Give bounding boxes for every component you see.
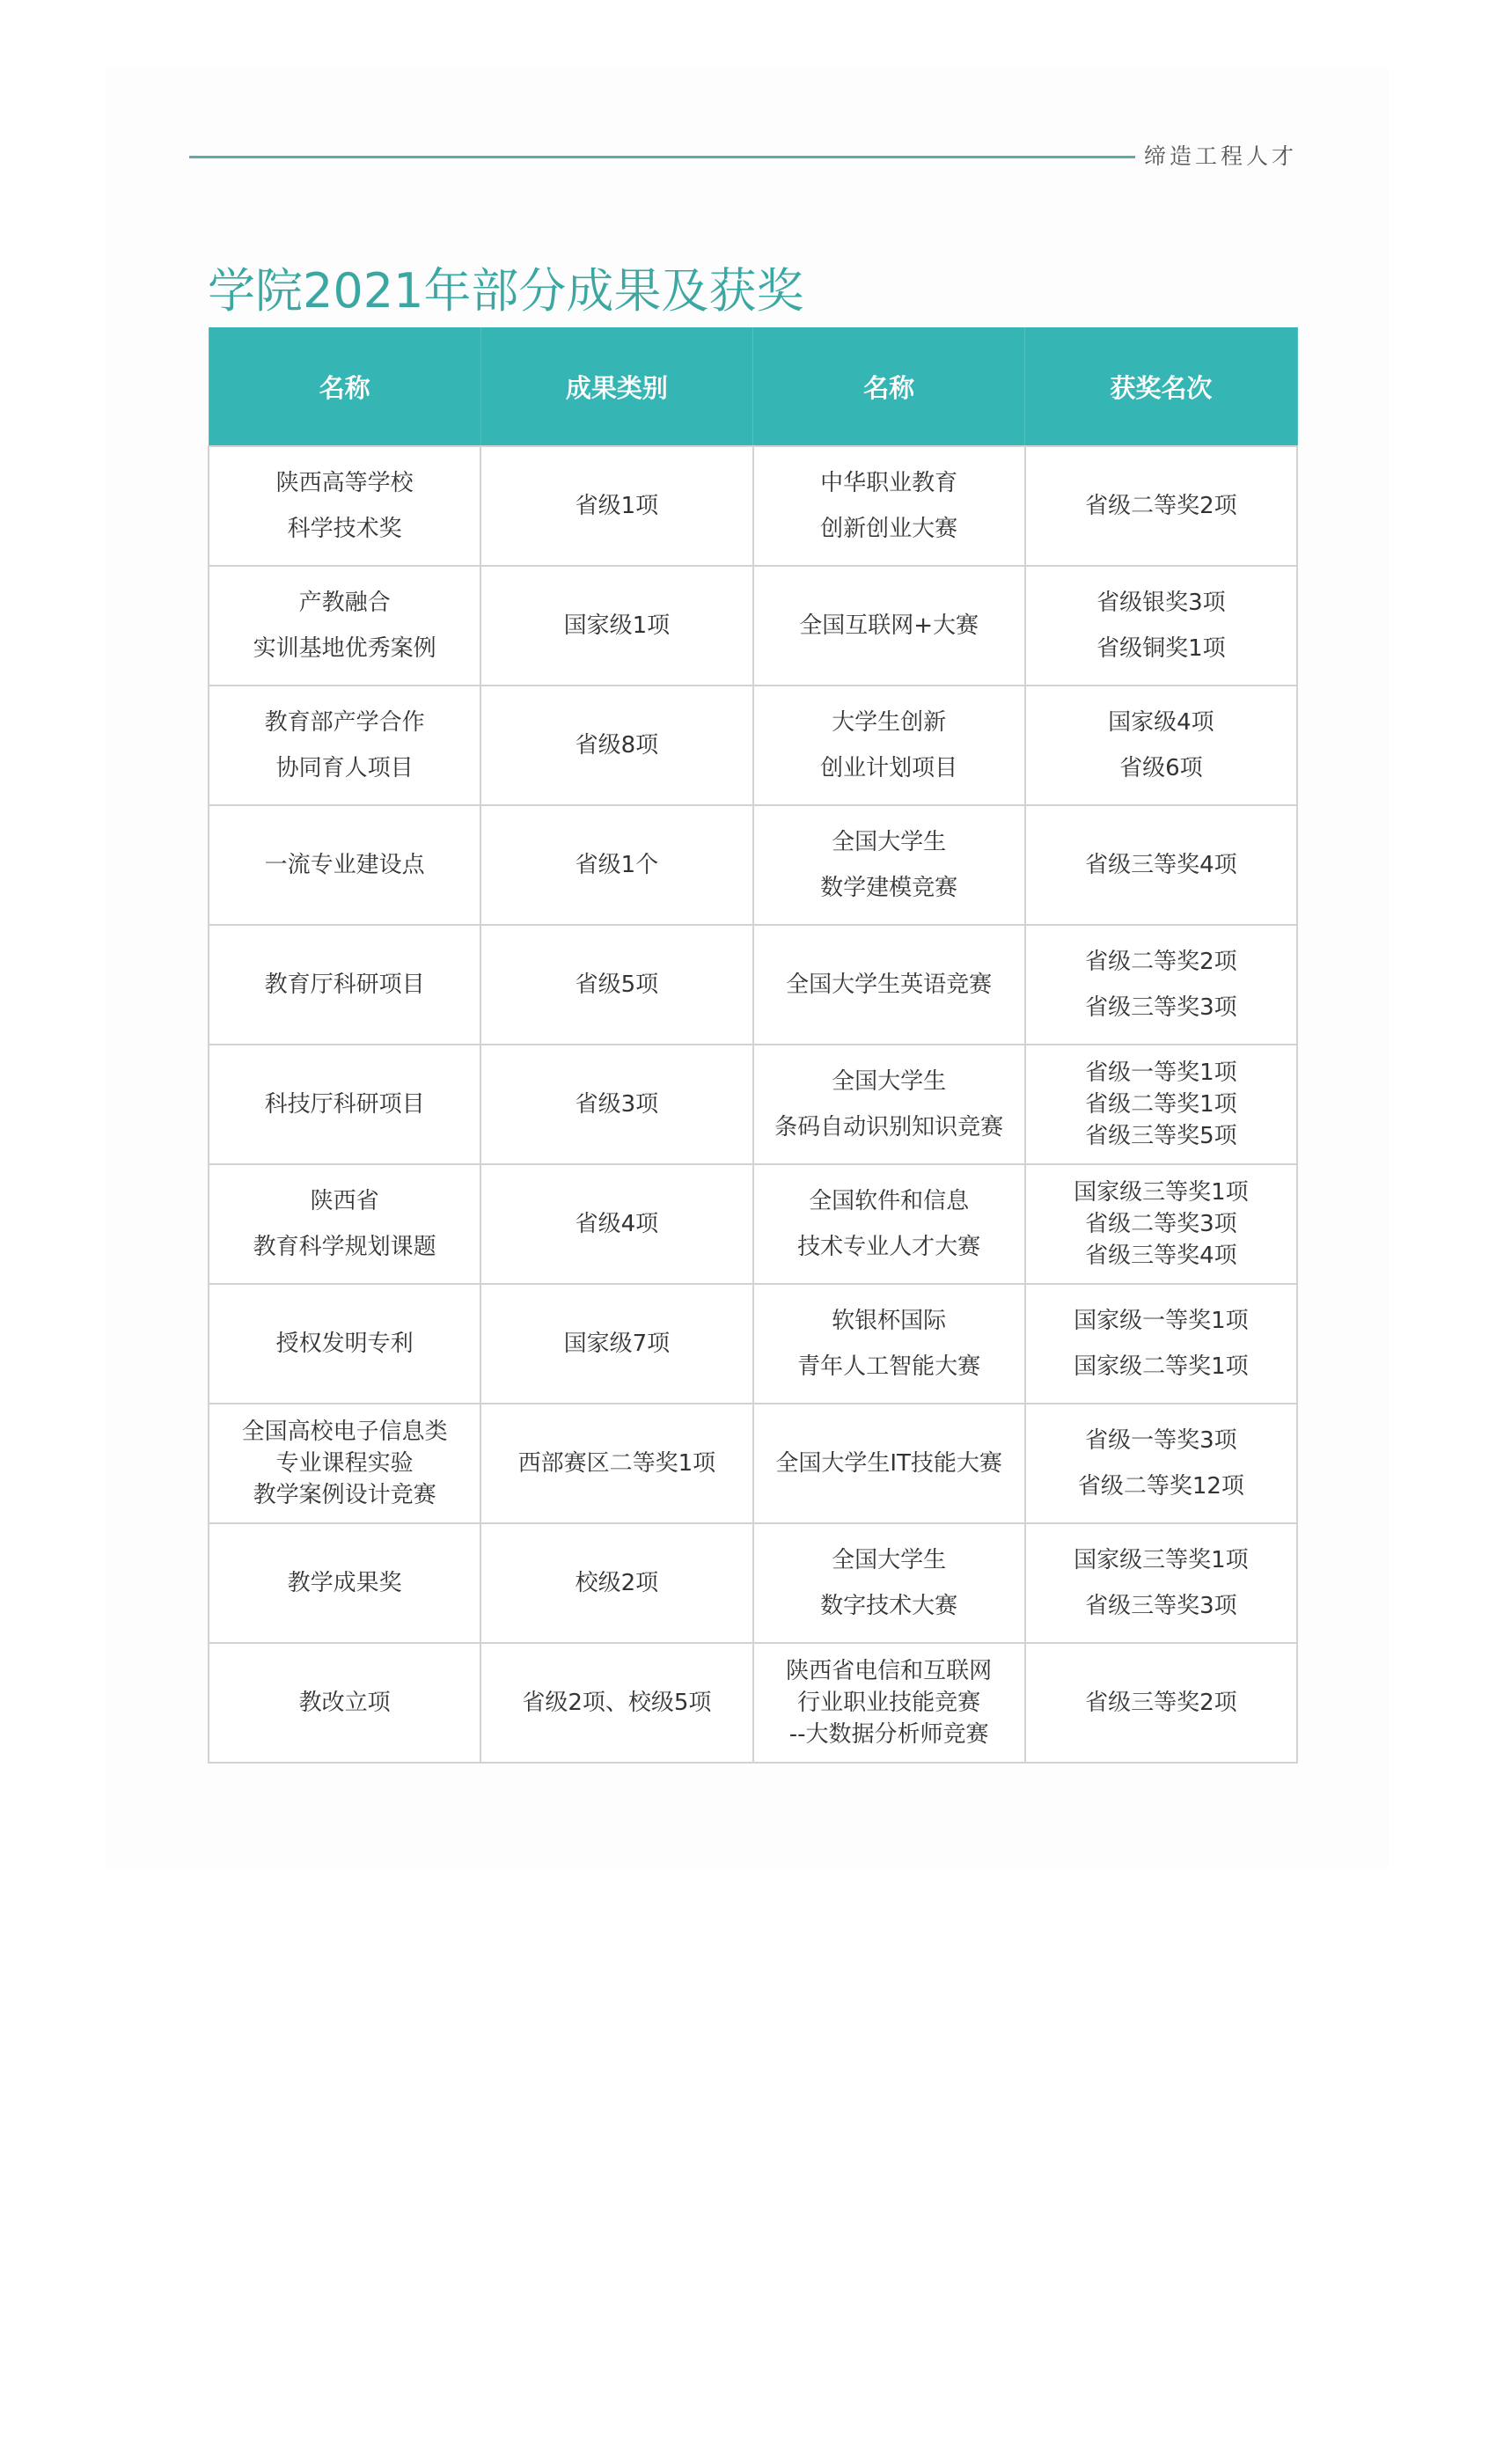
table-row: 教学成果奖校级2项全国大学生数字技术大赛国家级三等奖1项省级三等奖3项 bbox=[209, 1523, 1297, 1643]
cell-text: 全国大学生IT技能大赛 bbox=[754, 1441, 1024, 1486]
cell-text: 国家级4项省级6项 bbox=[1026, 700, 1296, 791]
cell-line: 省级二等奖3项 bbox=[1085, 1208, 1237, 1240]
cell-line: 实训基地优秀案例 bbox=[253, 626, 436, 671]
cell-line: 陕西省电信和互联网 bbox=[786, 1655, 992, 1687]
cell-competition-name: 软银杯国际青年人工智能大赛 bbox=[753, 1284, 1025, 1404]
cell-award-rank: 国家级一等奖1项国家级二等奖1项 bbox=[1025, 1284, 1297, 1404]
cell-award-rank: 国家级4项省级6项 bbox=[1025, 686, 1297, 805]
cell-line: 创业计划项目 bbox=[820, 745, 957, 791]
cell-competition-name: 全国大学生条码自动识别知识竞赛 bbox=[753, 1045, 1025, 1164]
cell-line: 全国互联网+大赛 bbox=[799, 603, 979, 649]
cell-line: 省级一等奖3项 bbox=[1085, 1418, 1237, 1463]
cell-line: 教育厅科研项目 bbox=[265, 962, 425, 1008]
cell-line: 国家级三等奖1项 bbox=[1074, 1177, 1249, 1208]
cell-achievement-name: 陕西省教育科学规划课题 bbox=[209, 1164, 480, 1284]
cell-line: 省级二等奖1项 bbox=[1085, 1089, 1237, 1120]
cell-text: 国家级三等奖1项省级三等奖3项 bbox=[1026, 1537, 1296, 1629]
cell-text: 省级5项 bbox=[481, 962, 752, 1008]
cell-award-rank: 省级一等奖3项省级二等奖12项 bbox=[1025, 1404, 1297, 1523]
cell-text: 省级1项 bbox=[481, 483, 752, 529]
cell-text: 科技厅科研项目 bbox=[209, 1082, 480, 1127]
cell-line: 条码自动识别知识竞赛 bbox=[774, 1104, 1003, 1150]
cell-line: 省级三等奖2项 bbox=[1085, 1680, 1237, 1726]
cell-achievement-name: 授权发明专利 bbox=[209, 1284, 480, 1404]
cell-achievement-category: 省级4项 bbox=[480, 1164, 752, 1284]
cell-line: 全国软件和信息 bbox=[809, 1178, 969, 1224]
cell-text: 大学生创新创业计划项目 bbox=[754, 700, 1024, 791]
cell-competition-name: 全国大学生IT技能大赛 bbox=[753, 1404, 1025, 1523]
table-row: 科技厅科研项目省级3项全国大学生条码自动识别知识竞赛省级一等奖1项省级二等奖1项… bbox=[209, 1045, 1297, 1164]
cell-achievement-name: 产教融合实训基地优秀案例 bbox=[209, 566, 480, 686]
cell-text: 省级三等奖2项 bbox=[1026, 1680, 1296, 1726]
cell-achievement-name: 教学成果奖 bbox=[209, 1523, 480, 1643]
cell-text: 国家级一等奖1项国家级二等奖1项 bbox=[1026, 1298, 1296, 1390]
cell-text: 一流专业建设点 bbox=[209, 842, 480, 888]
cell-text: 省级2项、校级5项 bbox=[481, 1680, 752, 1726]
cell-line: 一流专业建设点 bbox=[265, 842, 425, 888]
column-header-competition-name: 名称 bbox=[753, 327, 1025, 446]
cell-award-rank: 省级二等奖2项 bbox=[1025, 446, 1297, 566]
cell-achievement-category: 省级2项、校级5项 bbox=[480, 1643, 752, 1763]
cell-line: 省级二等奖2项 bbox=[1085, 483, 1237, 529]
cell-line: 教改立项 bbox=[299, 1680, 391, 1726]
cell-text: 教育部产学合作协同育人项目 bbox=[209, 700, 480, 791]
cell-text: 国家级三等奖1项省级二等奖3项省级三等奖4项 bbox=[1026, 1177, 1296, 1272]
cell-line: 校级2项 bbox=[576, 1560, 659, 1606]
cell-text: 省级三等奖4项 bbox=[1026, 842, 1296, 888]
table-row: 全国高校电子信息类专业课程实验教学案例设计竞赛西部赛区二等奖1项全国大学生IT技… bbox=[209, 1404, 1297, 1523]
cell-line: 省级1项 bbox=[576, 483, 659, 529]
cell-line: 省级4项 bbox=[576, 1201, 659, 1247]
cell-text: 省级8项 bbox=[481, 722, 752, 768]
cell-line: 国家级7项 bbox=[564, 1321, 671, 1367]
cell-text: 教育厅科研项目 bbox=[209, 962, 480, 1008]
cell-line: 省级三等奖3项 bbox=[1085, 1583, 1237, 1629]
cell-line: 陕西省 bbox=[311, 1178, 379, 1224]
cell-text: 全国大学生数字技术大赛 bbox=[754, 1537, 1024, 1629]
cell-award-rank: 省级二等奖2项省级三等奖3项 bbox=[1025, 925, 1297, 1045]
table-row: 陕西高等学校科学技术奖省级1项中华职业教育创新创业大赛省级二等奖2项 bbox=[209, 446, 1297, 566]
cell-achievement-name: 全国高校电子信息类专业课程实验教学案例设计竞赛 bbox=[209, 1404, 480, 1523]
cell-achievement-category: 省级1个 bbox=[480, 805, 752, 925]
cell-line: 产教融合 bbox=[299, 580, 391, 626]
cell-line: 数字技术大赛 bbox=[820, 1583, 957, 1629]
page-title: 学院2021年部分成果及获奖 bbox=[208, 260, 803, 322]
cell-achievement-category: 校级2项 bbox=[480, 1523, 752, 1643]
cell-text: 软银杯国际青年人工智能大赛 bbox=[754, 1298, 1024, 1390]
cell-achievement-category: 国家级7项 bbox=[480, 1284, 752, 1404]
cell-competition-name: 全国大学生数学建模竞赛 bbox=[753, 805, 1025, 925]
cell-text: 产教融合实训基地优秀案例 bbox=[209, 580, 480, 671]
cell-text: 授权发明专利 bbox=[209, 1321, 480, 1367]
cell-achievement-name: 教改立项 bbox=[209, 1643, 480, 1763]
cell-competition-name: 全国大学生数字技术大赛 bbox=[753, 1523, 1025, 1643]
cell-achievement-name: 一流专业建设点 bbox=[209, 805, 480, 925]
cell-line: 全国大学生英语竞赛 bbox=[786, 962, 992, 1008]
cell-line: 国家级三等奖1项 bbox=[1074, 1537, 1249, 1583]
cell-line: 省级三等奖5项 bbox=[1085, 1120, 1237, 1152]
cell-achievement-category: 国家级1项 bbox=[480, 566, 752, 686]
cell-text: 省级二等奖2项 bbox=[1026, 483, 1296, 529]
cell-line: 国家级一等奖1项 bbox=[1074, 1298, 1249, 1344]
cell-line: 国家级二等奖1项 bbox=[1074, 1344, 1249, 1390]
cell-competition-name: 大学生创新创业计划项目 bbox=[753, 686, 1025, 805]
cell-line: 科技厅科研项目 bbox=[265, 1082, 425, 1127]
cell-line: 软银杯国际 bbox=[832, 1298, 946, 1344]
cell-text: 省级银奖3项省级铜奖1项 bbox=[1026, 580, 1296, 671]
cell-line: 陕西高等学校 bbox=[276, 460, 414, 506]
cell-line: 省级2项、校级5项 bbox=[522, 1680, 711, 1726]
header-tagline: 缔造工程人才 bbox=[1144, 142, 1297, 172]
cell-text: 陕西省教育科学规划课题 bbox=[209, 1178, 480, 1270]
cell-text: 全国互联网+大赛 bbox=[754, 603, 1024, 649]
cell-text: 陕西省电信和互联网行业职业技能竞赛--大数据分析师竞赛 bbox=[754, 1655, 1024, 1750]
cell-achievement-category: 省级1项 bbox=[480, 446, 752, 566]
cell-text: 全国软件和信息技术专业人才大赛 bbox=[754, 1178, 1024, 1270]
cell-line: 省级三等奖3项 bbox=[1085, 985, 1237, 1030]
cell-line: 全国大学生IT技能大赛 bbox=[775, 1441, 1002, 1486]
table-row: 一流专业建设点省级1个全国大学生数学建模竞赛省级三等奖4项 bbox=[209, 805, 1297, 925]
cell-competition-name: 全国互联网+大赛 bbox=[753, 566, 1025, 686]
table-row: 授权发明专利国家级7项软银杯国际青年人工智能大赛国家级一等奖1项国家级二等奖1项 bbox=[209, 1284, 1297, 1404]
table-row: 产教融合实训基地优秀案例国家级1项全国互联网+大赛省级银奖3项省级铜奖1项 bbox=[209, 566, 1297, 686]
cell-text: 省级一等奖1项省级二等奖1项省级三等奖5项 bbox=[1026, 1057, 1296, 1152]
cell-line: 国家级4项 bbox=[1108, 700, 1214, 745]
cell-achievement-category: 省级5项 bbox=[480, 925, 752, 1045]
cell-text: 全国高校电子信息类专业课程实验教学案例设计竞赛 bbox=[209, 1416, 480, 1511]
cell-achievement-category: 省级3项 bbox=[480, 1045, 752, 1164]
cell-award-rank: 省级三等奖4项 bbox=[1025, 805, 1297, 925]
cell-line: 省级一等奖1项 bbox=[1085, 1057, 1237, 1089]
table-row: 教育厅科研项目省级5项全国大学生英语竞赛省级二等奖2项省级三等奖3项 bbox=[209, 925, 1297, 1045]
cell-award-rank: 省级三等奖2项 bbox=[1025, 1643, 1297, 1763]
cell-line: 省级二等奖12项 bbox=[1078, 1463, 1244, 1509]
table-row: 陕西省教育科学规划课题省级4项全国软件和信息技术专业人才大赛国家级三等奖1项省级… bbox=[209, 1164, 1297, 1284]
cell-achievement-category: 西部赛区二等奖1项 bbox=[480, 1404, 752, 1523]
table-body: 陕西高等学校科学技术奖省级1项中华职业教育创新创业大赛省级二等奖2项产教融合实训… bbox=[209, 446, 1297, 1763]
cell-line: 中华职业教育 bbox=[820, 460, 957, 506]
cell-line: 全国大学生 bbox=[832, 1059, 946, 1104]
table-header-row: 名称 成果类别 名称 获奖名次 bbox=[209, 327, 1297, 446]
cell-line: 专业课程实验 bbox=[276, 1448, 414, 1479]
cell-line: 省级三等奖4项 bbox=[1085, 1240, 1237, 1272]
cell-competition-name: 中华职业教育创新创业大赛 bbox=[753, 446, 1025, 566]
cell-text: 省级二等奖2项省级三等奖3项 bbox=[1026, 939, 1296, 1030]
cell-line: 教育科学规划课题 bbox=[253, 1224, 436, 1270]
cell-line: 省级3项 bbox=[576, 1082, 659, 1127]
cell-text: 全国大学生条码自动识别知识竞赛 bbox=[754, 1059, 1024, 1150]
cell-line: 省级1个 bbox=[576, 842, 659, 888]
cell-text: 教改立项 bbox=[209, 1680, 480, 1726]
cell-competition-name: 全国软件和信息技术专业人才大赛 bbox=[753, 1164, 1025, 1284]
cell-line: --大数据分析师竞赛 bbox=[789, 1719, 989, 1750]
cell-text: 全国大学生数学建模竞赛 bbox=[754, 819, 1024, 911]
table-row: 教改立项省级2项、校级5项陕西省电信和互联网行业职业技能竞赛--大数据分析师竞赛… bbox=[209, 1643, 1297, 1763]
cell-text: 教学成果奖 bbox=[209, 1560, 480, 1606]
cell-achievement-name: 教育厅科研项目 bbox=[209, 925, 480, 1045]
cell-line: 技术专业人才大赛 bbox=[797, 1224, 980, 1270]
cell-text: 国家级7项 bbox=[481, 1321, 752, 1367]
cell-line: 大学生创新 bbox=[832, 700, 946, 745]
cell-text: 陕西高等学校科学技术奖 bbox=[209, 460, 480, 552]
cell-line: 省级银奖3项 bbox=[1096, 580, 1226, 626]
cell-text: 省级1个 bbox=[481, 842, 752, 888]
cell-line: 授权发明专利 bbox=[276, 1321, 414, 1367]
cell-line: 教学案例设计竞赛 bbox=[253, 1479, 436, 1511]
cell-line: 省级8项 bbox=[576, 722, 659, 768]
cell-line: 全国高校电子信息类 bbox=[242, 1416, 448, 1448]
cell-award-rank: 省级一等奖1项省级二等奖1项省级三等奖5项 bbox=[1025, 1045, 1297, 1164]
cell-text: 中华职业教育创新创业大赛 bbox=[754, 460, 1024, 552]
table-row: 教育部产学合作协同育人项目省级8项大学生创新创业计划项目国家级4项省级6项 bbox=[209, 686, 1297, 805]
cell-line: 省级6项 bbox=[1119, 745, 1203, 791]
cell-line: 科学技术奖 bbox=[288, 506, 402, 552]
cell-line: 省级二等奖2项 bbox=[1085, 939, 1237, 985]
column-header-achievement-category: 成果类别 bbox=[480, 327, 752, 446]
cell-line: 省级5项 bbox=[576, 962, 659, 1008]
header-rule bbox=[189, 156, 1135, 158]
cell-line: 青年人工智能大赛 bbox=[797, 1344, 980, 1390]
cell-award-rank: 国家级三等奖1项省级三等奖3项 bbox=[1025, 1523, 1297, 1643]
cell-competition-name: 全国大学生英语竞赛 bbox=[753, 925, 1025, 1045]
cell-line: 数学建模竞赛 bbox=[820, 865, 957, 911]
column-header-award-rank: 获奖名次 bbox=[1025, 327, 1297, 446]
cell-line: 创新创业大赛 bbox=[820, 506, 957, 552]
cell-line: 国家级1项 bbox=[564, 603, 671, 649]
cell-line: 全国大学生 bbox=[832, 1537, 946, 1583]
cell-achievement-name: 教育部产学合作协同育人项目 bbox=[209, 686, 480, 805]
cell-line: 省级三等奖4项 bbox=[1085, 842, 1237, 888]
cell-line: 全国大学生 bbox=[832, 819, 946, 865]
cell-line: 教学成果奖 bbox=[288, 1560, 402, 1606]
cell-line: 协同育人项目 bbox=[276, 745, 414, 791]
cell-achievement-category: 省级8项 bbox=[480, 686, 752, 805]
cell-line: 西部赛区二等奖1项 bbox=[518, 1441, 716, 1486]
cell-text: 全国大学生英语竞赛 bbox=[754, 962, 1024, 1008]
cell-line: 省级铜奖1项 bbox=[1096, 626, 1226, 671]
cell-achievement-name: 科技厅科研项目 bbox=[209, 1045, 480, 1164]
cell-text: 国家级1项 bbox=[481, 603, 752, 649]
column-header-achievement-name: 名称 bbox=[209, 327, 480, 446]
cell-line: 教育部产学合作 bbox=[265, 700, 425, 745]
cell-text: 省级4项 bbox=[481, 1201, 752, 1247]
cell-text: 省级一等奖3项省级二等奖12项 bbox=[1026, 1418, 1296, 1509]
achievements-table: 名称 成果类别 名称 获奖名次 陕西高等学校科学技术奖省级1项中华职业教育创新创… bbox=[208, 327, 1298, 1764]
cell-text: 西部赛区二等奖1项 bbox=[481, 1441, 752, 1486]
cell-competition-name: 陕西省电信和互联网行业职业技能竞赛--大数据分析师竞赛 bbox=[753, 1643, 1025, 1763]
cell-text: 校级2项 bbox=[481, 1560, 752, 1606]
cell-text: 省级3项 bbox=[481, 1082, 752, 1127]
cell-award-rank: 国家级三等奖1项省级二等奖3项省级三等奖4项 bbox=[1025, 1164, 1297, 1284]
cell-award-rank: 省级银奖3项省级铜奖1项 bbox=[1025, 566, 1297, 686]
cell-line: 行业职业技能竞赛 bbox=[797, 1687, 980, 1719]
cell-achievement-name: 陕西高等学校科学技术奖 bbox=[209, 446, 480, 566]
